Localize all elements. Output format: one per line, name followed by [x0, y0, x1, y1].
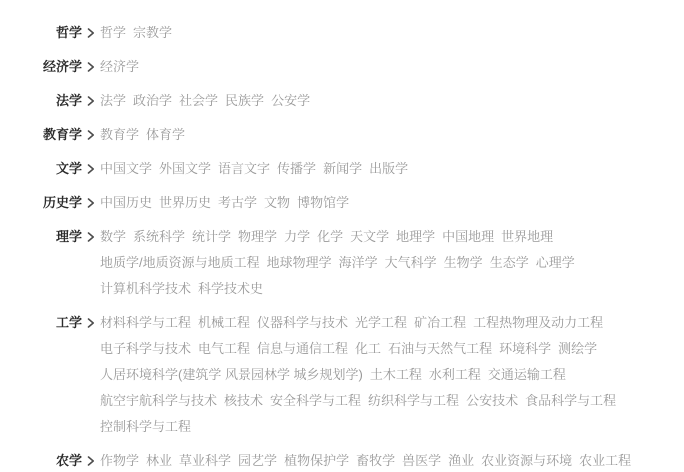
- subject-link[interactable]: 中国地理: [442, 224, 494, 250]
- subject-link[interactable]: 世界地理: [501, 224, 553, 250]
- subject-link[interactable]: 公安技术: [466, 388, 518, 414]
- subject-link[interactable]: 植物保护学: [284, 448, 349, 472]
- category-row: 文学中国文学外国文学语言文字传播学新闻学出版学: [0, 156, 684, 182]
- category-row: 农学作物学林业草业科学园艺学植物保护学畜牧学兽医学渔业农业资源与环境农业工程: [0, 448, 684, 472]
- subject-link[interactable]: 系统科学: [133, 224, 185, 250]
- subject-link[interactable]: 工程热物理及动力工程: [473, 310, 603, 336]
- subject-link[interactable]: 农业资源与环境: [481, 448, 572, 472]
- subject-link[interactable]: 控制科学与工程: [100, 414, 191, 440]
- category-row: 历史学中国历史世界历史考古学文物博物馆学: [0, 190, 684, 216]
- category-label[interactable]: 历史学: [0, 190, 82, 216]
- subject-link[interactable]: 矿冶工程: [414, 310, 466, 336]
- subject-link[interactable]: 体育学: [146, 122, 185, 148]
- subject-link[interactable]: 外国文学: [159, 156, 211, 182]
- subject-line: 哲学宗教学: [100, 20, 684, 46]
- category-row: 哲学哲学宗教学: [0, 20, 684, 46]
- subject-link[interactable]: 航空宇航科学与技术: [100, 388, 217, 414]
- subject-link[interactable]: 海洋学: [339, 250, 378, 276]
- subject-link[interactable]: 信息与通信工程: [257, 336, 348, 362]
- subject-link[interactable]: 计算机科学技术: [100, 276, 191, 302]
- subject-line: 航空宇航科学与技术核技术安全科学与工程纺织科学与工程公安技术食品科学与工程: [100, 388, 684, 414]
- chevron-right-icon: [82, 190, 100, 216]
- subject-link[interactable]: 交通运输工程: [488, 362, 566, 388]
- subject-link[interactable]: 语言文字: [218, 156, 270, 182]
- subject-link[interactable]: 机械工程: [198, 310, 250, 336]
- subject-link[interactable]: 文物: [264, 190, 290, 216]
- category-row: 工学材料科学与工程机械工程仪器科学与技术光学工程矿冶工程工程热物理及动力工程电子…: [0, 310, 684, 440]
- subject-link[interactable]: 法学: [100, 88, 126, 114]
- subject-link[interactable]: 中国文学: [100, 156, 152, 182]
- subject-list: 作物学林业草业科学园艺学植物保护学畜牧学兽医学渔业农业资源与环境农业工程: [100, 448, 684, 472]
- subject-list: 法学政治学社会学民族学公安学: [100, 88, 684, 114]
- subject-link[interactable]: 力学: [284, 224, 310, 250]
- subject-link[interactable]: 地球物理学: [267, 250, 332, 276]
- subject-link[interactable]: 草业科学: [179, 448, 231, 472]
- subject-link[interactable]: 世界历史: [159, 190, 211, 216]
- subject-link[interactable]: 数学: [100, 224, 126, 250]
- chevron-right-icon: [82, 20, 100, 46]
- subject-link[interactable]: 化学: [317, 224, 343, 250]
- subject-link[interactable]: 土木工程: [370, 362, 422, 388]
- subject-line: 电子科学与技术电气工程信息与通信工程化工石油与天然气工程环境科学测绘学: [100, 336, 684, 362]
- subject-line: 人居环境科学(建筑学 风景园林学 城乡规划学)土木工程水利工程交通运输工程: [100, 362, 684, 388]
- subject-link[interactable]: 电子科学与技术: [100, 336, 191, 362]
- chevron-right-icon: [82, 448, 100, 472]
- subject-link[interactable]: 渔业: [448, 448, 474, 472]
- subject-link[interactable]: 博物馆学: [297, 190, 349, 216]
- chevron-right-icon: [82, 88, 100, 114]
- subject-link[interactable]: 生物学: [444, 250, 483, 276]
- subject-line: 中国历史世界历史考古学文物博物馆学: [100, 190, 684, 216]
- subject-list: 数学系统科学统计学物理学力学化学天文学地理学中国地理世界地理地质学/地质资源与地…: [100, 224, 684, 302]
- subject-line: 经济学: [100, 54, 684, 80]
- subject-link[interactable]: 出版学: [369, 156, 408, 182]
- subject-link[interactable]: 农业工程: [579, 448, 631, 472]
- subject-line: 地质学/地质资源与地质工程地球物理学海洋学大气科学生物学生态学心理学: [100, 250, 684, 276]
- category-label[interactable]: 法学: [0, 88, 82, 114]
- category-row: 法学法学政治学社会学民族学公安学: [0, 88, 684, 114]
- subject-link[interactable]: 兽医学: [402, 448, 441, 472]
- subject-list: 中国历史世界历史考古学文物博物馆学: [100, 190, 684, 216]
- subject-category-browser: 哲学哲学宗教学经济学经济学法学法学政治学社会学民族学公安学教育学教育学体育学文学…: [0, 0, 684, 472]
- subject-link[interactable]: 环境科学: [499, 336, 551, 362]
- subject-link[interactable]: 作物学: [100, 448, 139, 472]
- subject-link[interactable]: 地理学: [396, 224, 435, 250]
- subject-link[interactable]: 地质学/地质资源与地质工程: [100, 250, 260, 276]
- subject-line: 中国文学外国文学语言文字传播学新闻学出版学: [100, 156, 684, 182]
- subject-link[interactable]: 公安学: [271, 88, 310, 114]
- subject-link[interactable]: 中国历史: [100, 190, 152, 216]
- subject-link[interactable]: 政治学: [133, 88, 172, 114]
- chevron-right-icon: [82, 156, 100, 182]
- subject-link[interactable]: 考古学: [218, 190, 257, 216]
- subject-link[interactable]: 天文学: [350, 224, 389, 250]
- subject-link[interactable]: 核技术: [224, 388, 263, 414]
- subject-link[interactable]: 水利工程: [429, 362, 481, 388]
- subject-link[interactable]: 科学技术史: [198, 276, 263, 302]
- subject-line: 法学政治学社会学民族学公安学: [100, 88, 684, 114]
- category-label[interactable]: 工学: [0, 310, 82, 336]
- subject-link[interactable]: 材料科学与工程: [100, 310, 191, 336]
- subject-link[interactable]: 物理学: [238, 224, 277, 250]
- subject-link[interactable]: 林业: [146, 448, 172, 472]
- subject-link[interactable]: 生态学: [490, 250, 529, 276]
- subject-link[interactable]: 教育学: [100, 122, 139, 148]
- subject-link[interactable]: 新闻学: [323, 156, 362, 182]
- chevron-right-icon: [82, 54, 100, 80]
- subject-link[interactable]: 化工: [355, 336, 381, 362]
- subject-link[interactable]: 大气科学: [385, 250, 437, 276]
- subject-link[interactable]: 社会学: [179, 88, 218, 114]
- subject-link[interactable]: 民族学: [225, 88, 264, 114]
- subject-link[interactable]: 经济学: [100, 54, 139, 80]
- subject-link[interactable]: 纺织科学与工程: [368, 388, 459, 414]
- subject-line: 计算机科学技术科学技术史: [100, 276, 684, 302]
- category-label[interactable]: 经济学: [0, 54, 82, 80]
- subject-list: 材料科学与工程机械工程仪器科学与技术光学工程矿冶工程工程热物理及动力工程电子科学…: [100, 310, 684, 440]
- subject-line: 材料科学与工程机械工程仪器科学与技术光学工程矿冶工程工程热物理及动力工程: [100, 310, 684, 336]
- chevron-right-icon: [82, 122, 100, 148]
- subject-link[interactable]: 电气工程: [198, 336, 250, 362]
- subject-link[interactable]: 安全科学与工程: [270, 388, 361, 414]
- subject-link[interactable]: 心理学: [536, 250, 575, 276]
- subject-link[interactable]: 统计学: [192, 224, 231, 250]
- subject-link[interactable]: 畜牧学: [356, 448, 395, 472]
- subject-link[interactable]: 仪器科学与技术: [257, 310, 348, 336]
- category-label[interactable]: 理学: [0, 224, 82, 250]
- subject-line: 控制科学与工程: [100, 414, 684, 440]
- category-label[interactable]: 教育学: [0, 122, 82, 148]
- subject-link[interactable]: 哲学: [100, 20, 126, 46]
- category-row: 理学数学系统科学统计学物理学力学化学天文学地理学中国地理世界地理地质学/地质资源…: [0, 224, 684, 302]
- category-row: 教育学教育学体育学: [0, 122, 684, 148]
- subject-list: 哲学宗教学: [100, 20, 684, 46]
- subject-line: 教育学体育学: [100, 122, 684, 148]
- subject-link[interactable]: 石油与天然气工程: [388, 336, 492, 362]
- category-label[interactable]: 文学: [0, 156, 82, 182]
- category-row: 经济学经济学: [0, 54, 684, 80]
- category-label[interactable]: 农学: [0, 448, 82, 472]
- subject-link[interactable]: 测绘学: [558, 336, 597, 362]
- subject-list: 经济学: [100, 54, 684, 80]
- subject-list: 中国文学外国文学语言文字传播学新闻学出版学: [100, 156, 684, 182]
- subject-link[interactable]: 传播学: [277, 156, 316, 182]
- chevron-right-icon: [82, 310, 100, 336]
- subject-line: 作物学林业草业科学园艺学植物保护学畜牧学兽医学渔业农业资源与环境农业工程: [100, 448, 684, 472]
- subject-line: 数学系统科学统计学物理学力学化学天文学地理学中国地理世界地理: [100, 224, 684, 250]
- chevron-right-icon: [82, 224, 100, 250]
- subject-link[interactable]: 光学工程: [355, 310, 407, 336]
- subject-list: 教育学体育学: [100, 122, 684, 148]
- subject-link[interactable]: 宗教学: [133, 20, 172, 46]
- subject-link[interactable]: 食品科学与工程: [525, 388, 616, 414]
- subject-link[interactable]: 园艺学: [238, 448, 277, 472]
- subject-link[interactable]: 人居环境科学(建筑学 风景园林学 城乡规划学): [100, 362, 363, 388]
- category-label[interactable]: 哲学: [0, 20, 82, 46]
